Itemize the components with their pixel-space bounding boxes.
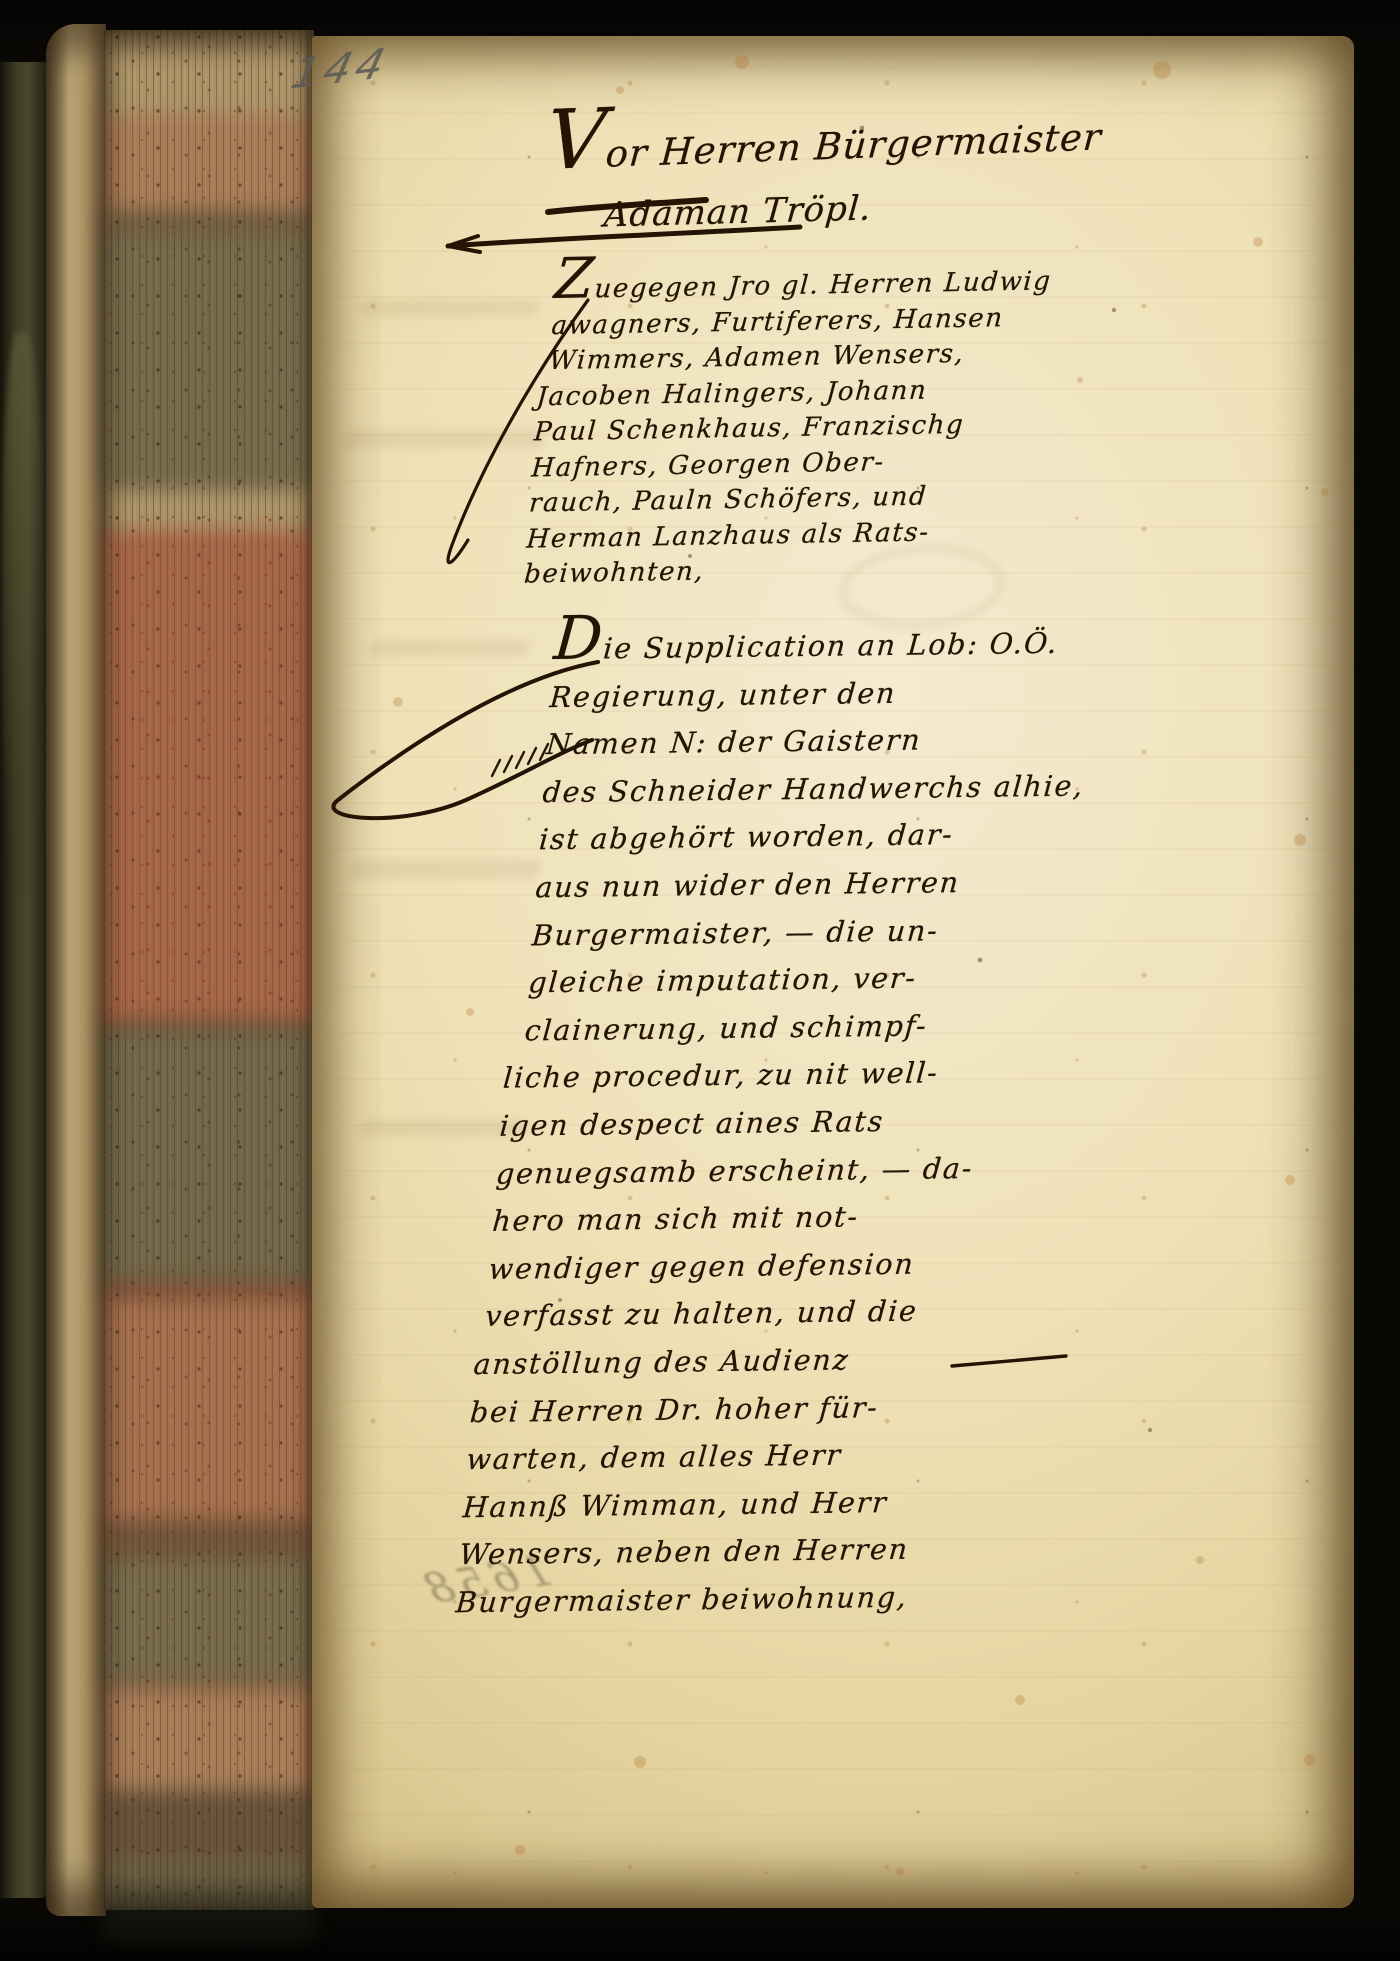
manuscript-line: Wensers, neben den Herren: [458, 1525, 1029, 1580]
manuscript-line: aus nun wider den Herren: [534, 858, 1079, 912]
dark-stain-band: [104, 1790, 314, 1940]
binding-strap: [0, 62, 50, 1898]
red-stain-band: [104, 530, 314, 1030]
manuscript-line: liche procedur, zu nit well-: [501, 1048, 1064, 1102]
manuscript-line: hero man sich mit not-: [491, 1191, 1054, 1245]
manuscript-line: Die Supplication an Lob: O.Ö.: [552, 609, 1098, 673]
manuscript-line: genuegsamb erscheint, — da-: [494, 1143, 1057, 1197]
binding-ribbon: [2, 332, 42, 892]
manuscript-line: clainerung, und schimpf-: [523, 1001, 1068, 1055]
dark-stain-band: [104, 1020, 314, 1300]
bleedthrough-mark: [368, 640, 532, 656]
manuscript-line: des Schneider Handwerchs alhie,: [541, 762, 1086, 816]
manuscript-line: gleiche imputation, ver-: [527, 953, 1072, 1007]
heading-line-2: Adaman Tröpl.: [602, 188, 873, 235]
page-block-fore-edge: [104, 30, 314, 1910]
manuscript-line: verfasst zu halten, und die: [484, 1286, 1047, 1340]
manuscript-line: anstöllung des Audienz: [472, 1334, 1043, 1389]
manuscript-photo: 1658 144 Vor Herren Bürgermaister Adaman…: [0, 0, 1400, 1961]
bleedthrough-mark: [343, 430, 547, 448]
manuscript-line: igen despect aines Rats: [498, 1096, 1061, 1150]
bleedthrough-mark: [348, 860, 542, 878]
manuscript-line: Namen N: der Gaistern: [545, 715, 1090, 769]
manuscript-line: Burgermaister beiwohnung,: [454, 1572, 1025, 1627]
manuscript-line: ist abgehört worden, dar-: [537, 810, 1082, 864]
manuscript-line: Hannß Wimman, und Herr: [461, 1477, 1032, 1532]
dark-stain-band: [104, 210, 314, 490]
manuscript-line: warten, dem alles Herr: [465, 1429, 1036, 1484]
paragraph-attendance: Zuegegen Jro gl. Herren Ludwig awagners,…: [533, 253, 1054, 593]
parchment-cover-edge: [46, 24, 106, 1916]
manuscript-line: bei Herren Dr. hoher für-: [468, 1382, 1039, 1437]
dark-stain-band: [104, 1520, 314, 1690]
manuscript-line: wendiger gegen defension: [487, 1239, 1050, 1293]
manuscript-line: Zuegegen Jro gl. Herren Ludwig: [553, 253, 1054, 308]
bleedthrough-mark: [358, 300, 542, 316]
paragraph-resolution: Die Supplication an Lob: O.Ö. Regierung,…: [480, 609, 1097, 1626]
red-stain-band: [104, 1280, 314, 1560]
manuscript-line: Burgermaister, — die un-: [530, 905, 1075, 959]
manuscript-line: Regierung, unter den: [548, 667, 1093, 721]
